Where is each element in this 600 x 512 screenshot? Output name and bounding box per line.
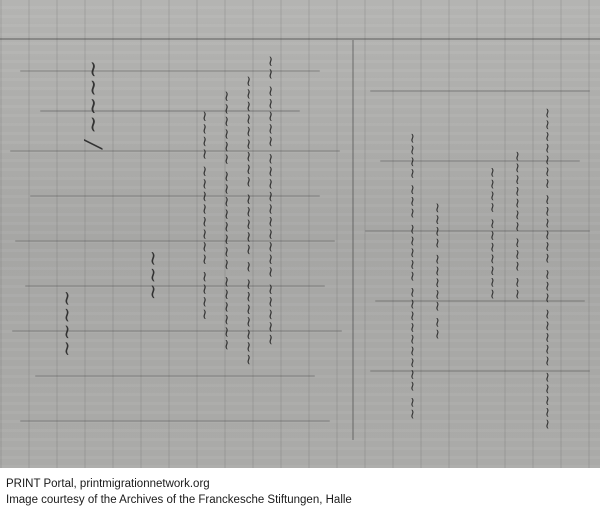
bleed-through-line	[35, 375, 315, 377]
handwriting-block: ~~ ~~~ ~~~~~~~	[510, 150, 526, 300]
document-scan: ~~~~ / ~~~~ ~~ ~~~~~ ~~~~~~~~~~ ~~~~~ ~~…	[0, 0, 600, 468]
handwriting-block: ~~~~	[56, 290, 80, 357]
bleed-through-line	[25, 285, 325, 287]
handwriting-block: ~~~~~~~~~ ~~~~~ ~ ~~~~~~~	[240, 75, 258, 366]
bleed-through-line	[40, 110, 300, 112]
image-caption: PRINT Portal, printmigrationnetwork.org …	[6, 476, 352, 508]
handwriting-block: ~~ ~~~~~ ~~~~~~~~~~ ~~~~~	[262, 55, 280, 346]
bleed-through-line	[10, 150, 340, 152]
caption-source: PRINT Portal, printmigrationnetwork.org	[6, 476, 352, 492]
bleed-through-line	[20, 420, 330, 422]
handwriting-block: ~~~~~ ~~~~~ ~~~ ~~~~~~ ~~~~~~~	[540, 107, 556, 430]
bleed-through-line	[365, 230, 590, 232]
bleed-through-line	[15, 240, 335, 242]
handwriting-block: ~~ ~~~~~~~~~ ~~~~~ ~~~ ~~~~	[405, 132, 421, 420]
handwriting-block: ~~~~~~~ ~~~~	[485, 167, 501, 301]
fold-line-vertical	[352, 40, 354, 440]
handwriting-block: ~~~~ ~~~~~~~~ ~~~~	[196, 110, 214, 321]
fold-line-horizontal	[0, 38, 600, 40]
handwriting-block: ~~~~~~ ~~~~~~~~ ~~~~~~	[218, 90, 236, 351]
handwriting-block: ~~~	[142, 250, 166, 300]
caption-credit: Image courtesy of the Archives of the Fr…	[6, 492, 352, 508]
handwriting-block: ~~~~ /	[80, 60, 105, 148]
handwriting-block: ~~ ~~~~~ ~~~~	[430, 202, 446, 340]
bleed-through-line	[370, 90, 590, 92]
bleed-through-line	[370, 370, 590, 372]
